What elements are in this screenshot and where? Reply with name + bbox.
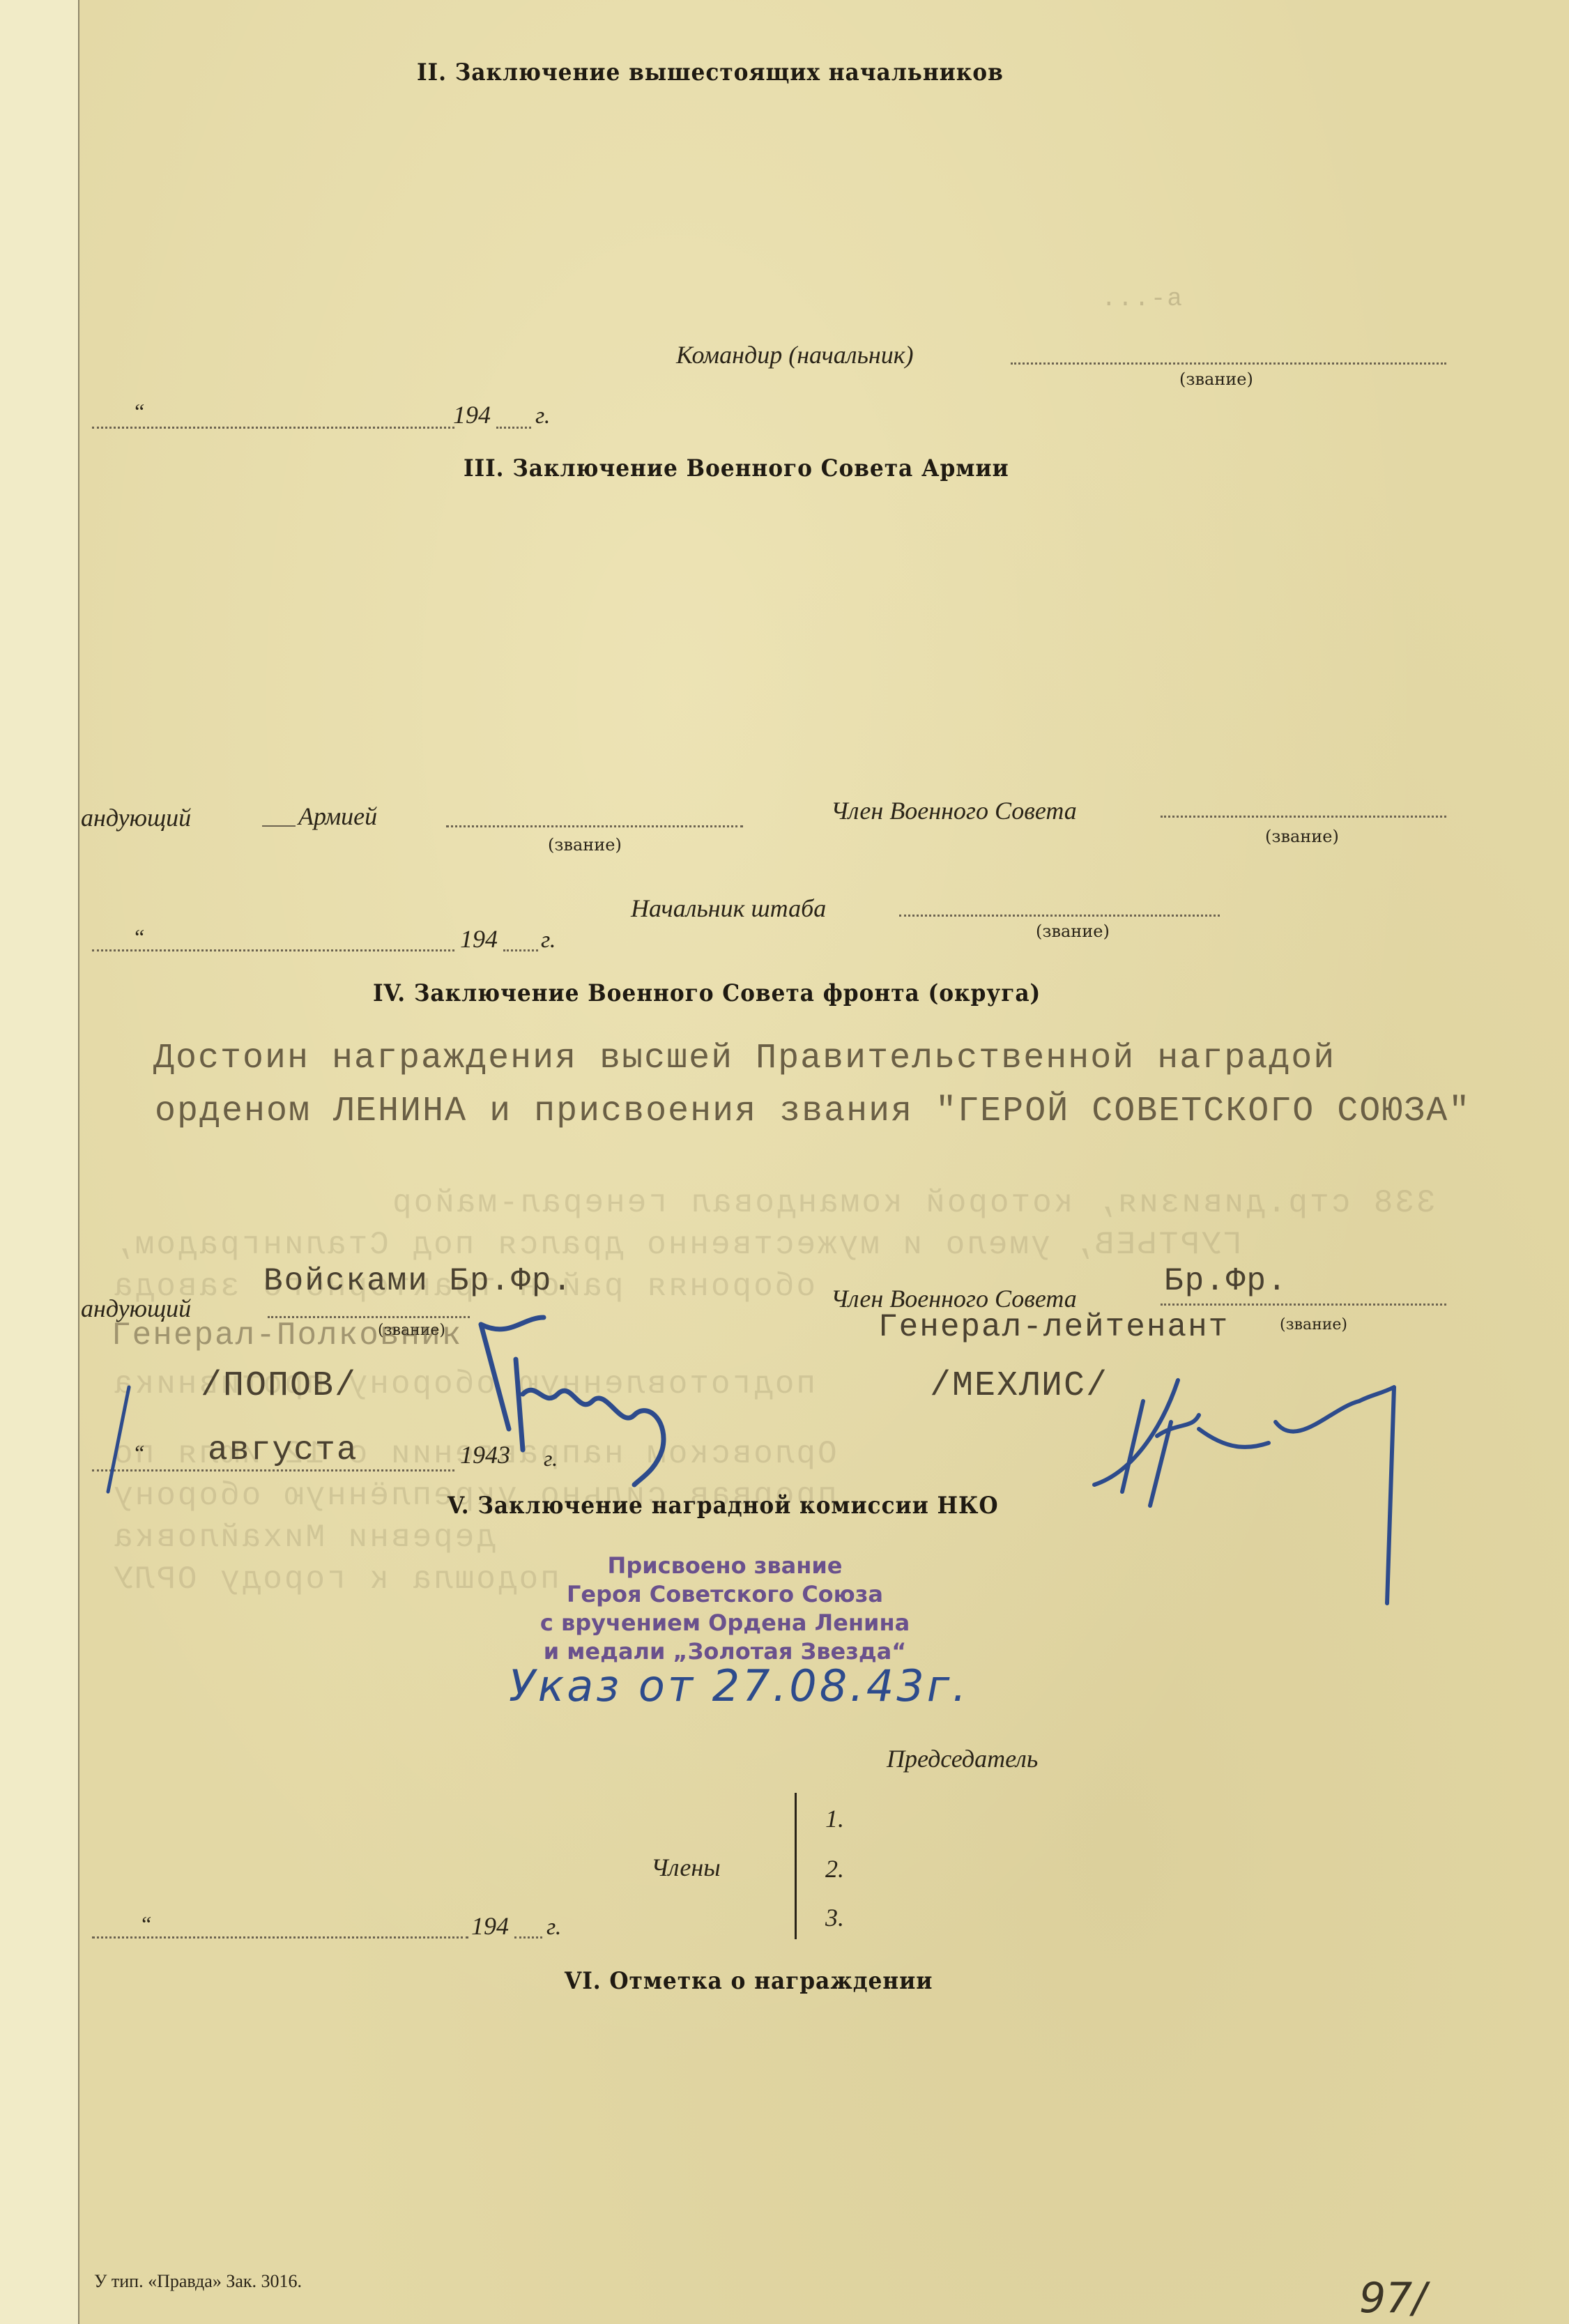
members-label: Члены	[651, 1853, 721, 1882]
award-stamp: Присвоено звание Героя Советского Союза …	[516, 1552, 934, 1666]
commander-typed-unit: Войсками Бр.Фр.	[263, 1263, 573, 1299]
date-quote: “	[132, 399, 145, 425]
chairman-label: Председатель	[887, 1744, 1038, 1773]
page-margin-strip	[0, 0, 79, 2324]
date-day-line	[92, 1469, 454, 1471]
date-month: августа	[208, 1432, 358, 1469]
mekhlis-signature-icon	[1066, 1380, 1554, 1603]
date-suffix: г.	[541, 927, 556, 954]
date-quote: “	[139, 1911, 152, 1937]
council-rank-caption: (звание)	[1265, 827, 1339, 846]
handwritten-decree: Указ от 27.08.43г.	[509, 1660, 969, 1711]
army-commander-dash	[262, 825, 296, 827]
ghost-line: 338 стр.дивизия, которой командовал гене…	[390, 1185, 1436, 1221]
conclusion-line-1: Достоин награждения высшей Правительстве…	[153, 1039, 1335, 1078]
chief-of-staff-label: Начальник штаба	[631, 894, 826, 923]
commander-label: Командир (начальник)	[676, 340, 914, 369]
pen-stroke-icon	[98, 1380, 139, 1499]
date-suffix: г.	[546, 1914, 561, 1941]
council-rank-caption: (звание)	[1280, 1316, 1347, 1333]
member-number-2: 2.	[825, 1854, 844, 1883]
army-commander-label: андующий	[81, 803, 191, 832]
stamp-line: с вручением Ордена Ленина	[516, 1609, 934, 1637]
ghost-line: деревни Михайловка	[112, 1520, 496, 1556]
date-day-line	[92, 427, 454, 429]
council-typed-unit: Бр.Фр.	[1164, 1263, 1288, 1299]
council-member-signature-line	[1161, 816, 1446, 818]
section-4-heading: IV. Заключение Военного Совета фронта (о…	[373, 979, 1041, 1007]
council-member-label: Член Военного Совета	[831, 796, 1077, 825]
chief-rank-caption: (звание)	[1036, 922, 1110, 941]
date-year: 194	[471, 1911, 509, 1941]
date-year-line	[496, 427, 531, 429]
date-suffix: г.	[535, 403, 550, 429]
council-rank-typed: Генерал-лейтенант	[878, 1309, 1229, 1345]
commander-rank-caption: (звание)	[378, 1322, 445, 1339]
member-number-1: 1.	[825, 1804, 844, 1833]
date-day-line	[92, 949, 454, 951]
date-year-line	[514, 1936, 542, 1939]
section-6-heading: VI. Отметка о награждении	[565, 1967, 933, 1995]
army-word: Армией	[298, 802, 377, 831]
army-commander-signature-line	[446, 825, 743, 827]
conclusion-line-2: орденом ЛЕНИНА и присвоения звания "ГЕРО…	[155, 1092, 1471, 1131]
date-quote: “	[132, 924, 145, 950]
army-rank-caption: (звание)	[548, 835, 622, 855]
stamp-line: Присвоено звание	[516, 1552, 934, 1580]
date-year: 194	[453, 400, 491, 429]
section-2-heading: II. Заключение вышестоящих начальников	[417, 59, 1004, 86]
members-brace	[795, 1793, 797, 1939]
printer-note: У тип. «Правда» Зак. 3016.	[94, 2271, 302, 2292]
faint-typed-fragment: ...-а	[1101, 284, 1184, 313]
front-council-signature-line	[1161, 1304, 1446, 1306]
archive-number: 97/	[1359, 2274, 1427, 2323]
date-year-line	[503, 949, 538, 951]
commander-signature-line	[1011, 362, 1446, 365]
stamp-line: Героя Советского Союза	[516, 1580, 934, 1609]
popov-signature-icon	[460, 1310, 711, 1492]
date-year: 194	[460, 924, 498, 954]
chief-of-staff-signature-line	[899, 915, 1220, 917]
rank-caption: (звание)	[1179, 369, 1253, 389]
ghost-line: подошла к городу ОРЛУ	[112, 1561, 560, 1598]
commander-name: /ПОПОВ/	[201, 1366, 357, 1406]
section-5-heading: V. Заключение наградной комиссии НКО	[447, 1492, 999, 1520]
member-number-3: 3.	[825, 1903, 844, 1932]
ghost-line: ГУРТЬЕВ, умело и мужественно дрался под …	[112, 1227, 1242, 1263]
section-3-heading: III. Заключение Военного Совета Армии	[464, 454, 1009, 482]
